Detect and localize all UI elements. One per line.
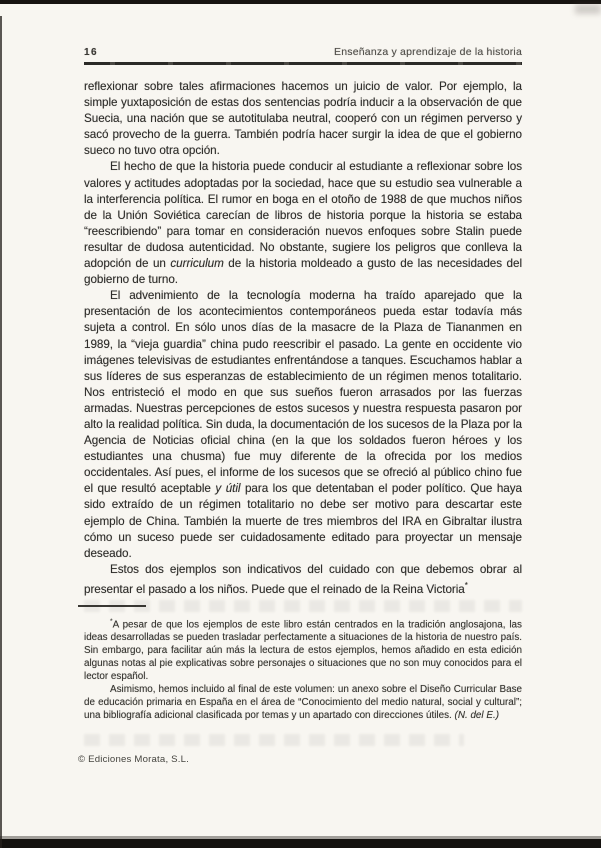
paragraph: El advenimiento de la tecnología moderna… <box>84 288 522 562</box>
scan-corner-smudge <box>575 4 601 14</box>
body-text: reflexionar sobre tales afirmaciones hac… <box>84 79 522 598</box>
scan-edge-top <box>0 0 601 4</box>
scanned-page: 16 Enseñanza y aprendizaje de la histori… <box>0 0 601 848</box>
paragraph: reflexionar sobre tales afirmaciones hac… <box>84 79 522 159</box>
page-header: 16 Enseñanza y aprendizaje de la histori… <box>84 46 522 58</box>
paragraph: Asimismo, hemos incluido al final de est… <box>84 683 522 722</box>
bleed-through-artifact <box>84 600 522 612</box>
scan-edge-bottom <box>0 839 601 848</box>
scan-edge-left <box>0 16 2 848</box>
paragraph: Estos dos ejemplos son indicativos del c… <box>84 562 522 598</box>
page-number: 16 <box>84 47 98 58</box>
footnote-text: *A pesar de que los ejemplos de este lib… <box>84 615 522 722</box>
paragraph: *A pesar de que los ejemplos de este lib… <box>84 615 522 683</box>
header-rule <box>84 62 522 65</box>
paragraph: El hecho de que la historia puede conduc… <box>84 159 522 288</box>
page-content: 16 Enseñanza y aprendizaje de la histori… <box>84 46 522 722</box>
bleed-through-artifact <box>84 734 464 746</box>
running-header: Enseñanza y aprendizaje de la historia <box>334 46 522 58</box>
publisher-imprint: © Ediciones Morata, S.L. <box>78 754 189 765</box>
